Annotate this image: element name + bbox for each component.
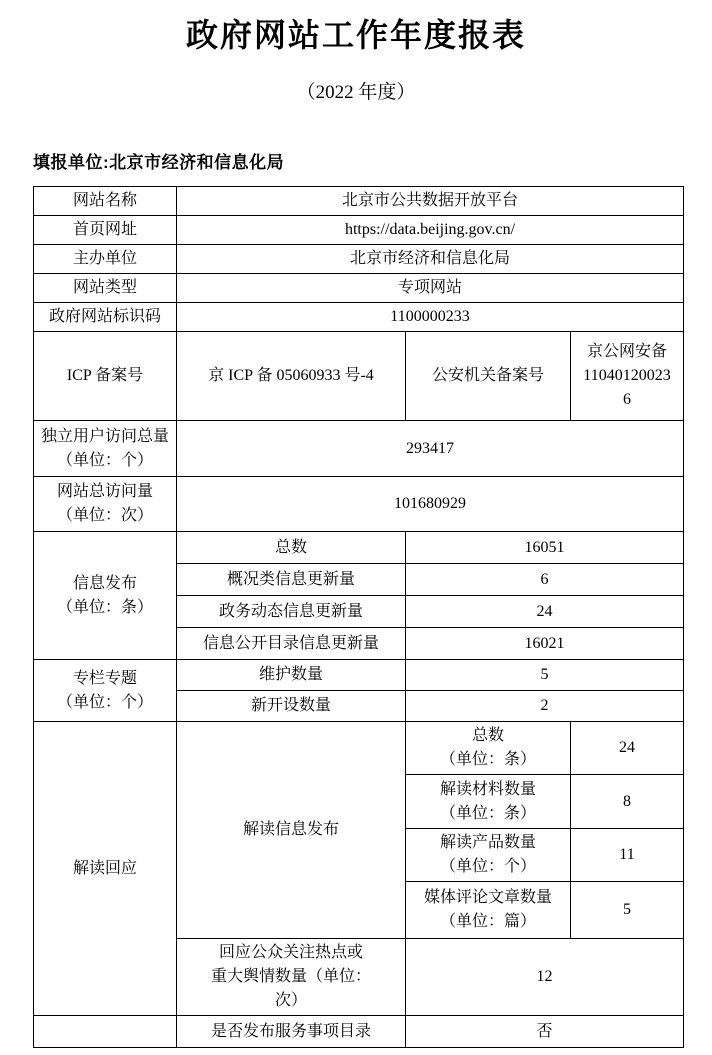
interpretation-products-value: 11: [571, 829, 684, 882]
icp-label: ICP 备案号: [34, 332, 177, 421]
table-row: 首页网址 https://data.beijing.gov.cn/: [34, 216, 684, 245]
unique-visitors-value: 293417: [177, 421, 684, 477]
overview-updates-label: 概况类信息更新量: [177, 564, 406, 596]
homepage-url-label: 首页网址: [34, 216, 177, 245]
table-row: 是否发布服务事项目录 否: [34, 1016, 684, 1048]
empty-section-cell: [34, 1016, 177, 1048]
gov-news-updates-label: 政务动态信息更新量: [177, 596, 406, 628]
public-response-value: 12: [406, 939, 684, 1016]
service-directory-value: 否: [406, 1016, 684, 1048]
reporting-unit-line: 填报单位:北京市经济和信息化局: [33, 151, 712, 175]
table-row: 解读回应 解读信息发布 总数 （单位：条） 24: [34, 722, 684, 775]
table-row: 网站名称 北京市公共数据开放平台: [34, 187, 684, 216]
service-directory-label: 是否发布服务事项目录: [177, 1016, 406, 1048]
reporting-unit-name: 北京市经济和信息化局: [109, 153, 284, 172]
public-response-label: 回应公众关注热点或 重大舆情数量（单位： 次）: [177, 939, 406, 1016]
report-year-subtitle: （2022 年度）: [0, 80, 712, 106]
site-id-code-label: 政府网站标识码: [34, 303, 177, 332]
page-title: 政府网站工作年度报表: [0, 12, 712, 58]
maintained-count-label: 维护数量: [177, 660, 406, 691]
homepage-url-value: https://data.beijing.gov.cn/: [177, 216, 684, 245]
total-visits-value: 101680929: [177, 477, 684, 532]
table-row: 政府网站标识码 1100000233: [34, 303, 684, 332]
info-total-value: 16051: [406, 532, 684, 564]
interpretation-materials-value: 8: [571, 775, 684, 829]
table-row: 信息发布 （单位：条） 总数 16051: [34, 532, 684, 564]
interpretation-total-label: 总数 （单位：条）: [406, 722, 571, 775]
report-page: 政府网站工作年度报表 （2022 年度） 填报单位:北京市经济和信息化局 网站名…: [0, 0, 712, 1048]
media-commentary-label: 媒体评论文章数量 （单位：篇）: [406, 882, 571, 939]
website-type-label: 网站类型: [34, 274, 177, 303]
total-visits-label: 网站总访问量 （单位：次）: [34, 477, 177, 532]
new-count-label: 新开设数量: [177, 691, 406, 722]
directory-updates-value: 16021: [406, 628, 684, 660]
table-row: 网站类型 专项网站: [34, 274, 684, 303]
info-total-label: 总数: [177, 532, 406, 564]
website-name-value: 北京市公共数据开放平台: [177, 187, 684, 216]
table-row: ICP 备案号 京 ICP 备 05060933 号-4 公安机关备案号 京公网…: [34, 332, 684, 421]
organizer-value: 北京市经济和信息化局: [177, 245, 684, 274]
interpretation-publish-label: 解读信息发布: [177, 722, 406, 939]
annual-report-table: 网站名称 北京市公共数据开放平台 首页网址 https://data.beiji…: [33, 186, 684, 1048]
website-name-label: 网站名称: [34, 187, 177, 216]
unique-visitors-label: 独立用户访问总量（单位：个）: [34, 421, 177, 477]
table-row: 专栏专题 （单位：个） 维护数量 5: [34, 660, 684, 691]
info-publish-section-label: 信息发布 （单位：条）: [34, 532, 177, 660]
gov-news-updates-value: 24: [406, 596, 684, 628]
directory-updates-label: 信息公开目录信息更新量: [177, 628, 406, 660]
police-filing-label: 公安机关备案号: [406, 332, 571, 421]
icp-value: 京 ICP 备 05060933 号-4: [177, 332, 406, 421]
interpretation-section-label: 解读回应: [34, 722, 177, 1016]
interpretation-materials-label: 解读材料数量 （单位：条）: [406, 775, 571, 829]
new-count-value: 2: [406, 691, 684, 722]
website-type-value: 专项网站: [177, 274, 684, 303]
special-columns-section-label: 专栏专题 （单位：个）: [34, 660, 177, 722]
maintained-count-value: 5: [406, 660, 684, 691]
table-row: 独立用户访问总量（单位：个） 293417: [34, 421, 684, 477]
interpretation-total-value: 24: [571, 722, 684, 775]
overview-updates-value: 6: [406, 564, 684, 596]
media-commentary-value: 5: [571, 882, 684, 939]
site-id-code-value: 1100000233: [177, 303, 684, 332]
organizer-label: 主办单位: [34, 245, 177, 274]
reporting-unit-label: 填报单位:: [33, 153, 109, 172]
police-filing-value: 京公网安备 11040120023 6: [571, 332, 684, 421]
interpretation-products-label: 解读产品数量 （单位：个）: [406, 829, 571, 882]
table-row: 主办单位 北京市经济和信息化局: [34, 245, 684, 274]
table-row: 网站总访问量 （单位：次） 101680929: [34, 477, 684, 532]
